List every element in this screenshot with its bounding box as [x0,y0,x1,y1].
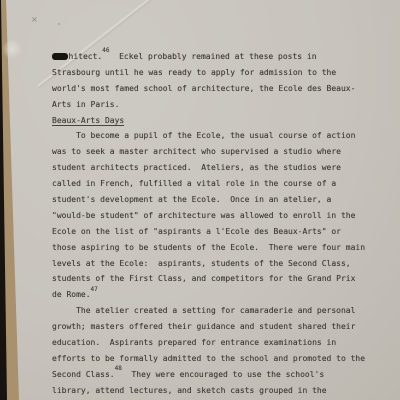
text-line: education. Aspirants prepared for entran… [52,335,382,351]
typewritten-text: hitect.46 Eckel probably remained at the… [52,49,382,399]
text-line: hitect.46 Eckel probably remained at the… [52,49,382,65]
text-fragment: Eckel probably remained at these posts i… [109,52,316,61]
text-line: called in French, fulfilled a vital role… [52,176,382,192]
pencil-mark: × [31,15,38,24]
text-fragment: They were encouraged to use the school's [122,370,324,379]
text-line: student's development at the Ecole. Once… [52,192,382,208]
text-fragment: de Rome. [52,290,91,299]
paper-spot [2,40,22,58]
text-line: those aspiring to be students of the Eco… [52,240,382,256]
text-fragment: Second Class. [52,370,115,379]
text-fragment: hitect. [69,52,103,61]
text-line: de Rome.47 [52,287,382,303]
text-line: levels at the Ecole: aspirants, students… [52,256,382,272]
footnote-marker: 47 [91,286,98,293]
text-line: The atelier created a setting for camara… [52,303,382,319]
text-line: was to seek a master architect who super… [52,144,382,160]
text-line: student architects practiced. Ateliers, … [52,160,382,176]
text-line: To become a pupil of the Ecole, the usua… [52,128,382,144]
redaction-mark [52,53,68,60]
text-line: students of the First Class, and competi… [52,271,382,287]
text-line: growth; masters offered their guidance a… [52,319,382,335]
text-line: world's most famed school of architectur… [52,81,382,97]
text-line: library, attend lectures, and sketch cas… [52,383,382,399]
pencil-dot [58,23,60,25]
scanned-page: × hitect.46 Eckel probably remained at t… [0,0,400,400]
text-line: Arts in Paris. [52,97,382,113]
section-heading: Beaux-Arts Days [52,113,382,129]
text-line: Ecole on the list of "aspirants a l'Ecol… [52,224,382,240]
footnote-marker: 48 [115,365,122,372]
text-line: "would-be student" of architecture was a… [52,208,382,224]
footnote-marker: 46 [102,47,109,54]
heading-text: Beaux-Arts Days [52,116,124,127]
text-line: Strasbourg until he was ready to apply f… [52,65,382,81]
text-line: Second Class.48 They were encouraged to … [52,367,382,383]
text-line: efforts to be formally admitted to the s… [52,351,382,367]
